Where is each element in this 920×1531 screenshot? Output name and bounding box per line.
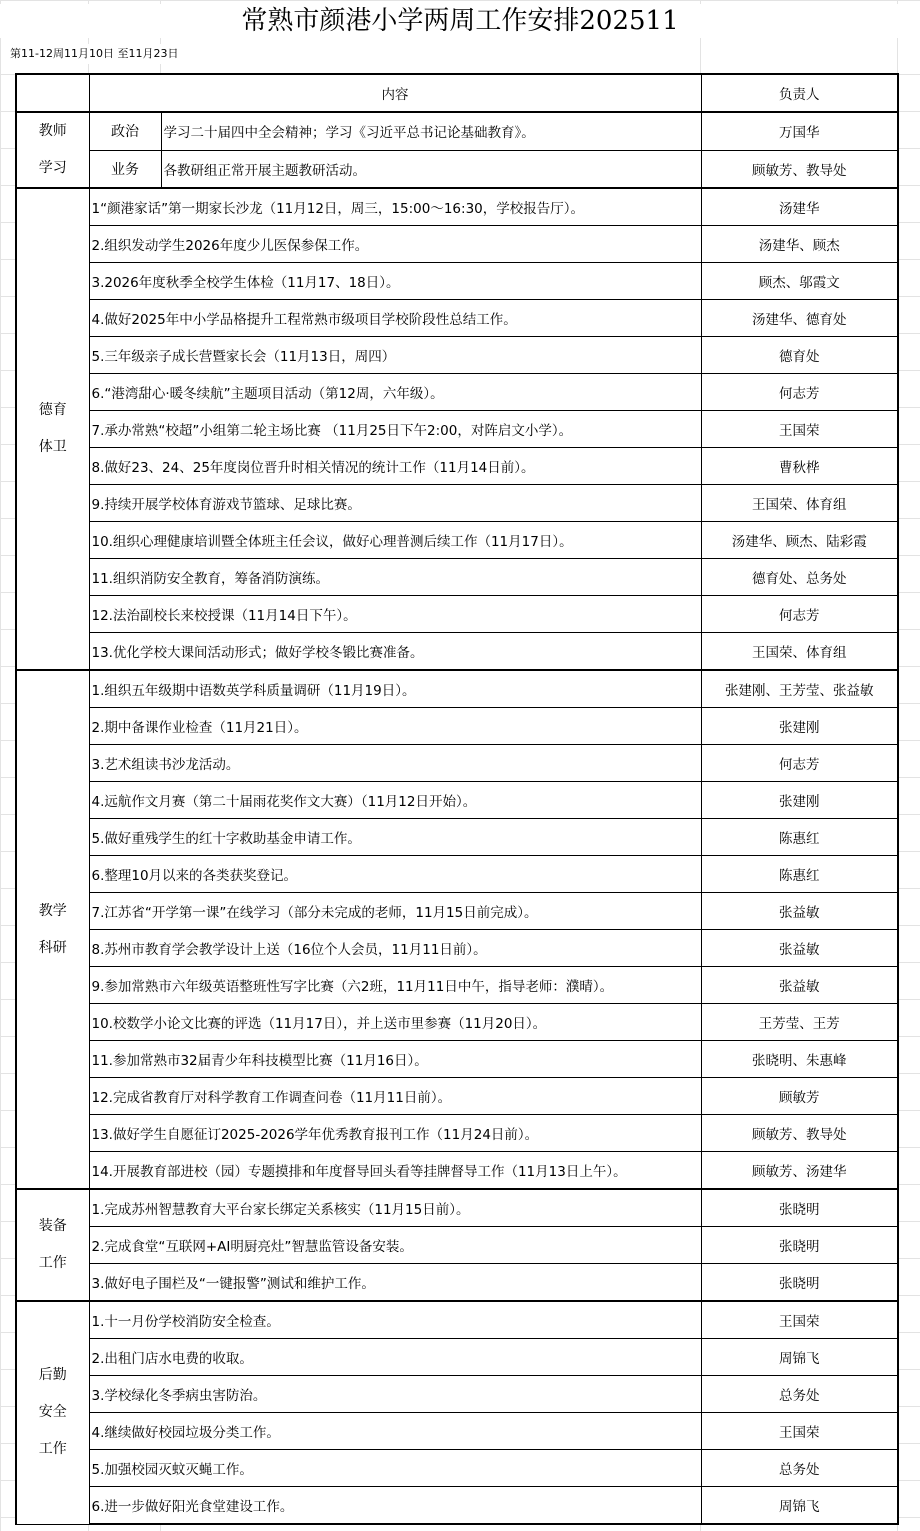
section-category-label: 教师 — [17, 113, 89, 150]
section-category-label: 装备 — [17, 1208, 89, 1245]
section-category-label: 德育 — [17, 392, 89, 429]
table-row: 3.艺术组读书沙龙活动。何志芳 — [16, 745, 898, 782]
task-owner-cell: 张建刚 — [701, 708, 898, 745]
table-row: 4.做好2025年中小学品格提升工程常熟市级项目学校阶段性总结工作。汤建华、德育… — [16, 300, 898, 337]
table-row: 6.进一步做好阳光食堂建设工作。周锦飞 — [16, 1487, 898, 1525]
task-content-cell: 2.出租门店水电费的收取。 — [89, 1339, 701, 1376]
task-content-cell: 8.做好23、24、25年度岗位晋升时相关情况的统计工作（11月14日前）。 — [89, 448, 701, 485]
task-owner-cell: 周锦飞 — [701, 1487, 898, 1525]
task-content-cell: 1“颜港家话”第一期家长沙龙（11月12日，周三，15:00～16:30，学校报… — [89, 188, 701, 226]
table-row: 3.学校绿化冬季病虫害防治。总务处 — [16, 1376, 898, 1413]
table-row: 12.法治副校长来校授课（11月14日下午）。何志芳 — [16, 596, 898, 633]
task-content-cell: 12.法治副校长来校授课（11月14日下午）。 — [89, 596, 701, 633]
task-owner-cell: 陈惠红 — [701, 819, 898, 856]
task-owner-cell: 汤建华、德育处 — [701, 300, 898, 337]
task-content-cell: 2.组织发动学生2026年度少儿医保参保工作。 — [89, 226, 701, 263]
header-category-cell — [16, 74, 89, 112]
task-owner-cell: 万国华 — [701, 112, 898, 150]
table-row: 2.组织发动学生2026年度少儿医保参保工作。汤建华、顾杰 — [16, 226, 898, 263]
section-category-label: 工作 — [17, 1245, 89, 1282]
table-row: 后勤安全工作1.十一月份学校消防安全检查。王国荣 — [16, 1301, 898, 1339]
table-row: 8.苏州市教育学会教学设计上送（16位个人会员，11月11日前）。张益敏 — [16, 930, 898, 967]
table-row: 10.校数学小论文比赛的评选（11月17日），并上送市里参赛（11月20日）。王… — [16, 1004, 898, 1041]
table-row: 德育体卫1“颜港家话”第一期家长沙龙（11月12日，周三，15:00～16:30… — [16, 188, 898, 226]
task-owner-cell: 张晓明 — [701, 1264, 898, 1302]
section-category-cell: 教师学习 — [16, 112, 89, 188]
task-content-cell: 3.做好电子围栏及“一键报警”测试和维护工作。 — [89, 1264, 701, 1302]
task-content-cell: 1.十一月份学校消防安全检查。 — [89, 1301, 701, 1339]
task-owner-cell: 张益敏 — [701, 967, 898, 1004]
table-row: 9.持续开展学校体育游戏节篮球、足球比赛。王国荣、体育组 — [16, 485, 898, 522]
table-row: 7.江苏省“开学第一课”在线学习（部分未完成的老师，11月15日前完成）。张益敏 — [16, 893, 898, 930]
task-owner-cell: 顾敏芳、教导处 — [701, 150, 898, 188]
section-category-cell: 装备工作 — [16, 1189, 89, 1301]
section-category-cell: 教学科研 — [16, 670, 89, 1189]
task-owner-cell: 曹秋桦 — [701, 448, 898, 485]
task-content-cell: 11.组织消防安全教育，筹备消防演练。 — [89, 559, 701, 596]
task-owner-cell: 汤建华、顾杰、陆彩霞 — [701, 522, 898, 559]
task-content-cell: 5.三年级亲子成长营暨家长会（11月13日，周四） — [89, 337, 701, 374]
table-row: 5.三年级亲子成长营暨家长会（11月13日，周四）德育处 — [16, 337, 898, 374]
task-owner-cell: 何志芳 — [701, 596, 898, 633]
task-owner-cell: 顾敏芳、汤建华 — [701, 1152, 898, 1190]
task-owner-cell: 王国荣 — [701, 1413, 898, 1450]
task-content-cell: 14.开展教育部进校（园）专题摸排和年度督导回头看等挂牌督导工作（11月13日上… — [89, 1152, 701, 1190]
task-content-cell: 3.学校绿化冬季病虫害防治。 — [89, 1376, 701, 1413]
task-owner-cell: 顾杰、邬霞文 — [701, 263, 898, 300]
table-row: 9.参加常熟市六年级英语整班性写字比赛（六2班，11月11日中午，指导老师：濮晴… — [16, 967, 898, 1004]
task-content-cell: 3.艺术组读书沙龙活动。 — [89, 745, 701, 782]
task-owner-cell: 顾敏芳 — [701, 1078, 898, 1115]
task-content-cell: 9.持续开展学校体育游戏节篮球、足球比赛。 — [89, 485, 701, 522]
table-row: 6.整理10月以来的各类获奖登记。陈惠红 — [16, 856, 898, 893]
document-title: 常熟市颜港小学两周工作安排202511 — [0, 4, 920, 38]
section-category-label: 后勤 — [17, 1357, 89, 1394]
table-row: 13.优化学校大课间活动形式；做好学校冬锻比赛准备。王国荣、体育组 — [16, 633, 898, 671]
task-content-cell: 2.期中备课作业检查（11月21日）。 — [89, 708, 701, 745]
task-owner-cell: 汤建华、顾杰 — [701, 226, 898, 263]
table-row: 4.继续做好校园垃圾分类工作。王国荣 — [16, 1413, 898, 1450]
table-row: 7.承办常熟“校超”小组第二轮主场比赛 （11月25日下午2:00，对阵启文小学… — [16, 411, 898, 448]
task-content-cell: 学习二十届四中全会精神；学习《习近平总书记论基础教育》。 — [161, 112, 701, 150]
task-content-cell: 4.继续做好校园垃圾分类工作。 — [89, 1413, 701, 1450]
task-owner-cell: 王芳莹、王芳 — [701, 1004, 898, 1041]
task-owner-cell: 张益敏 — [701, 893, 898, 930]
task-content-cell: 12.完成省教育厅对科学教育工作调查问卷（11月11日前）。 — [89, 1078, 701, 1115]
schedule-table: 内容 负责人 教师学习政治学习二十届四中全会精神；学习《习近平总书记论基础教育》… — [15, 73, 899, 1525]
table-row: 教师学习政治学习二十届四中全会精神；学习《习近平总书记论基础教育》。万国华 — [16, 112, 898, 150]
task-owner-cell: 何志芳 — [701, 374, 898, 411]
table-row: 5.加强校园灭蚊灭蝇工作。总务处 — [16, 1450, 898, 1487]
section-category-label: 教学 — [17, 893, 89, 930]
table-row: 8.做好23、24、25年度岗位晋升时相关情况的统计工作（11月14日前）。曹秋… — [16, 448, 898, 485]
table-row: 12.完成省教育厅对科学教育工作调查问卷（11月11日前）。顾敏芳 — [16, 1078, 898, 1115]
task-content-cell: 6.进一步做好阳光食堂建设工作。 — [89, 1487, 701, 1525]
table-row: 教学科研1.组织五年级期中语数英学科质量调研（11月19日）。张建刚、王芳莹、张… — [16, 670, 898, 708]
task-owner-cell: 周锦飞 — [701, 1339, 898, 1376]
task-content-cell: 6.“港湾甜心·暖冬续航”主题项目活动（第12周，六年级）。 — [89, 374, 701, 411]
task-owner-cell: 陈惠红 — [701, 856, 898, 893]
table-row: 11.组织消防安全教育，筹备消防演练。德育处、总务处 — [16, 559, 898, 596]
task-owner-cell: 汤建华 — [701, 188, 898, 226]
table-row: 10.组织心理健康培训暨全体班主任会议，做好心理普测后续工作（11月17日）。汤… — [16, 522, 898, 559]
task-content-cell: 各教研组正常开展主题教研活动。 — [161, 150, 701, 188]
task-content-cell: 7.承办常熟“校超”小组第二轮主场比赛 （11月25日下午2:00，对阵启文小学… — [89, 411, 701, 448]
task-owner-cell: 总务处 — [701, 1450, 898, 1487]
task-content-cell: 1.组织五年级期中语数英学科质量调研（11月19日）。 — [89, 670, 701, 708]
section-category-label: 体卫 — [17, 429, 89, 466]
subcategory-cell: 政治 — [89, 112, 161, 150]
task-owner-cell: 王国荣、体育组 — [701, 485, 898, 522]
table-header-row: 内容 负责人 — [16, 74, 898, 112]
task-content-cell: 13.做好学生自愿征订2025-2026学年优秀教育报刊工作（11月24日前）。 — [89, 1115, 701, 1152]
table-row: 业务各教研组正常开展主题教研活动。顾敏芳、教导处 — [16, 150, 898, 188]
task-content-cell: 8.苏州市教育学会教学设计上送（16位个人会员，11月11日前）。 — [89, 930, 701, 967]
table-row: 13.做好学生自愿征订2025-2026学年优秀教育报刊工作（11月24日前）。… — [16, 1115, 898, 1152]
date-range-subtitle: 第11-12周11月10日 至11月23日 — [10, 44, 184, 64]
task-owner-cell: 总务处 — [701, 1376, 898, 1413]
task-content-cell: 1.完成苏州智慧教育大平台家长绑定关系核实（11月15日前）。 — [89, 1189, 701, 1227]
section-category-label: 安全 — [17, 1394, 89, 1431]
task-content-cell: 9.参加常熟市六年级英语整班性写字比赛（六2班，11月11日中午，指导老师：濮晴… — [89, 967, 701, 1004]
table-row: 4.远航作文月赛（第二十届雨花奖作文大赛）（11月12日开始）。张建刚 — [16, 782, 898, 819]
task-owner-cell: 张晓明 — [701, 1189, 898, 1227]
table-row: 6.“港湾甜心·暖冬续航”主题项目活动（第12周，六年级）。何志芳 — [16, 374, 898, 411]
task-content-cell: 5.做好重残学生的红十字救助基金申请工作。 — [89, 819, 701, 856]
task-owner-cell: 张晓明 — [701, 1227, 898, 1264]
task-content-cell: 7.江苏省“开学第一课”在线学习（部分未完成的老师，11月15日前完成）。 — [89, 893, 701, 930]
table-row: 2.完成食堂“互联网+AI明厨亮灶”智慧监管设备安装。张晓明 — [16, 1227, 898, 1264]
task-owner-cell: 顾敏芳、教导处 — [701, 1115, 898, 1152]
task-owner-cell: 德育处、总务处 — [701, 559, 898, 596]
task-owner-cell: 王国荣、体育组 — [701, 633, 898, 671]
subcategory-cell: 业务 — [89, 150, 161, 188]
task-content-cell: 5.加强校园灭蚊灭蝇工作。 — [89, 1450, 701, 1487]
table-row: 3.做好电子围栏及“一键报警”测试和维护工作。张晓明 — [16, 1264, 898, 1302]
task-owner-cell: 德育处 — [701, 337, 898, 374]
section-category-cell: 德育体卫 — [16, 188, 89, 670]
task-content-cell: 10.校数学小论文比赛的评选（11月17日），并上送市里参赛（11月20日）。 — [89, 1004, 701, 1041]
section-category-label: 科研 — [17, 930, 89, 967]
task-content-cell: 13.优化学校大课间活动形式；做好学校冬锻比赛准备。 — [89, 633, 701, 671]
table-row: 11.参加常熟市32届青少年科技模型比赛（11月16日）。张晓明、朱惠峰 — [16, 1041, 898, 1078]
table-row: 5.做好重残学生的红十字救助基金申请工作。陈惠红 — [16, 819, 898, 856]
task-owner-cell: 张建刚 — [701, 782, 898, 819]
header-owner: 负责人 — [701, 74, 898, 112]
table-row: 装备工作1.完成苏州智慧教育大平台家长绑定关系核实（11月15日前）。张晓明 — [16, 1189, 898, 1227]
header-content: 内容 — [89, 74, 701, 112]
task-owner-cell: 张晓明、朱惠峰 — [701, 1041, 898, 1078]
task-content-cell: 11.参加常熟市32届青少年科技模型比赛（11月16日）。 — [89, 1041, 701, 1078]
task-content-cell: 6.整理10月以来的各类获奖登记。 — [89, 856, 701, 893]
table-row: 3.2026年度秋季全校学生体检（11月17、18日）。顾杰、邬霞文 — [16, 263, 898, 300]
task-owner-cell: 张益敏 — [701, 930, 898, 967]
table-row: 2.出租门店水电费的收取。周锦飞 — [16, 1339, 898, 1376]
table-row: 14.开展教育部进校（园）专题摸排和年度督导回头看等挂牌督导工作（11月13日上… — [16, 1152, 898, 1190]
section-category-cell: 后勤安全工作 — [16, 1301, 89, 1524]
task-content-cell: 3.2026年度秋季全校学生体检（11月17、18日）。 — [89, 263, 701, 300]
table-row: 2.期中备课作业检查（11月21日）。张建刚 — [16, 708, 898, 745]
task-owner-cell: 何志芳 — [701, 745, 898, 782]
task-content-cell: 4.做好2025年中小学品格提升工程常熟市级项目学校阶段性总结工作。 — [89, 300, 701, 337]
task-owner-cell: 王国荣 — [701, 411, 898, 448]
task-owner-cell: 张建刚、王芳莹、张益敏 — [701, 670, 898, 708]
section-category-label: 工作 — [17, 1431, 89, 1468]
task-owner-cell: 王国荣 — [701, 1301, 898, 1339]
task-content-cell: 10.组织心理健康培训暨全体班主任会议，做好心理普测后续工作（11月17日）。 — [89, 522, 701, 559]
task-content-cell: 2.完成食堂“互联网+AI明厨亮灶”智慧监管设备安装。 — [89, 1227, 701, 1264]
task-content-cell: 4.远航作文月赛（第二十届雨花奖作文大赛）（11月12日开始）。 — [89, 782, 701, 819]
section-category-label: 学习 — [17, 150, 89, 187]
